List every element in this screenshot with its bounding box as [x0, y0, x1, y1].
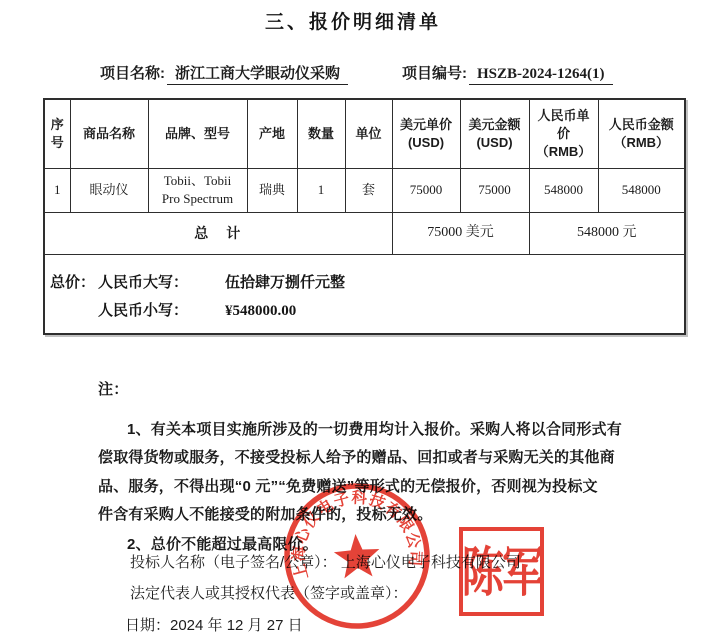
- col-header-rmb-amount: 人民币金额（RMB）: [598, 99, 685, 168]
- project-no-label: 项目编号:: [402, 62, 467, 83]
- project-meta-line: 项目名称:浙江工商大学眼动仪采购项目编号:HSZB-2024-1264(1): [100, 62, 613, 85]
- project-name-value: 浙江工商大学眼动仪采购: [167, 62, 348, 85]
- legal-rep-line: 法定代表人或其授权代表（签字或盖章）：: [130, 582, 408, 603]
- table-row: 1 眼动仪 Tobii、Tobii Pro Spectrum 瑞典 1 套 75…: [44, 168, 685, 212]
- notes-section: 注： 1、有关本项目实施所涉及的一切费用均计入报价。采购人将以合同形式有 偿取得…: [98, 376, 646, 559]
- cell-origin: 瑞典: [247, 168, 297, 212]
- legal-rep-label: 法定代表人或其授权代表（签字或盖章）：: [130, 585, 408, 602]
- table-header-row: 序号 商品名称 品牌、型号 产地 数量 单位 美元单价(USD) 美元金额(US…: [44, 99, 685, 168]
- project-no-value: HSZB-2024-1264(1): [469, 66, 613, 85]
- total-row: 总 计 75000 美元 548000 元: [44, 212, 685, 254]
- bidder-value: 上海心仪电子科技有限公司: [341, 554, 521, 571]
- col-header-usd-price: 美元单价(USD): [392, 99, 460, 168]
- col-header-unit: 单位: [345, 99, 392, 168]
- cell-brand: Tobii、Tobii Pro Spectrum: [148, 168, 247, 212]
- cell-usd-amount: 75000: [460, 168, 529, 212]
- document-page: 三、报价明细清单 项目名称:浙江工商大学眼动仪采购项目编号:HSZB-2024-…: [0, 0, 706, 639]
- note1-line3: 品、服务，不得出现“0 元”“免费赠送”等形式的无偿报价，否则视为投标文: [98, 473, 646, 502]
- cell-usd-price: 75000: [392, 168, 460, 212]
- cell-qty: 1: [297, 168, 345, 212]
- quotation-table: 序号 商品名称 品牌、型号 产地 数量 单位 美元单价(USD) 美元金额(US…: [43, 98, 686, 335]
- date-line: 日期：2024 年 12 月 27 日: [125, 614, 303, 635]
- project-name-label: 项目名称:: [100, 62, 165, 83]
- col-header-origin: 产地: [247, 99, 297, 168]
- grand-total-label: 总价：: [50, 273, 98, 293]
- note1-line2: 偿取得货物或服务，不接受投标人给予的赠品、回扣或者与采购无关的其他商: [98, 444, 646, 473]
- note1-line1: 1、有关本项目实施所涉及的一切费用均计入报价。采购人将以合同形式有: [98, 416, 646, 445]
- cell-product: 眼动仪: [70, 168, 148, 212]
- grand-total-block: 总价： 人民币大写： 伍拾肆万捌仟元整 人民币小写： ¥548000.00: [50, 273, 684, 322]
- cell-index: 1: [44, 168, 70, 212]
- bidder-label: 投标人名称（电子签名/公章）：: [130, 554, 337, 571]
- total-rmb: 548000 元: [529, 212, 685, 254]
- bidder-name-line: 投标人名称（电子签名/公章）： 上海心仪电子科技有限公司: [130, 551, 521, 572]
- total-usd: 75000 美元: [392, 212, 529, 254]
- cell-rmb-amount: 548000: [598, 168, 685, 212]
- cell-unit: 套: [345, 168, 392, 212]
- col-header-usd-amount: 美元金额(USD): [460, 99, 529, 168]
- page-title: 三、报价明细清单: [0, 7, 706, 34]
- rmb-figures-value: ¥548000.00: [225, 301, 684, 321]
- col-header-product: 商品名称: [70, 99, 148, 168]
- notes-heading: 注：: [98, 376, 646, 405]
- col-header-brand: 品牌、型号: [148, 99, 247, 168]
- grand-total-row: 总价： 人民币大写： 伍拾肆万捌仟元整 人民币小写： ¥548000.00: [44, 254, 685, 334]
- rmb-words-value: 伍拾肆万捌仟元整: [225, 273, 684, 293]
- col-header-rmb-price: 人民币单价（RMB）: [529, 99, 598, 168]
- grand-spacer: [50, 301, 98, 321]
- rmb-figures-label: 人民币小写：: [98, 301, 225, 321]
- note1-line4: 件含有采购人不能接受的附加条件的，投标无效。: [98, 501, 646, 530]
- cell-rmb-price: 548000: [529, 168, 598, 212]
- total-label: 总 计: [194, 225, 242, 241]
- col-header-qty: 数量: [297, 99, 345, 168]
- rmb-words-label: 人民币大写：: [98, 273, 225, 293]
- col-header-index: 序号: [44, 99, 70, 168]
